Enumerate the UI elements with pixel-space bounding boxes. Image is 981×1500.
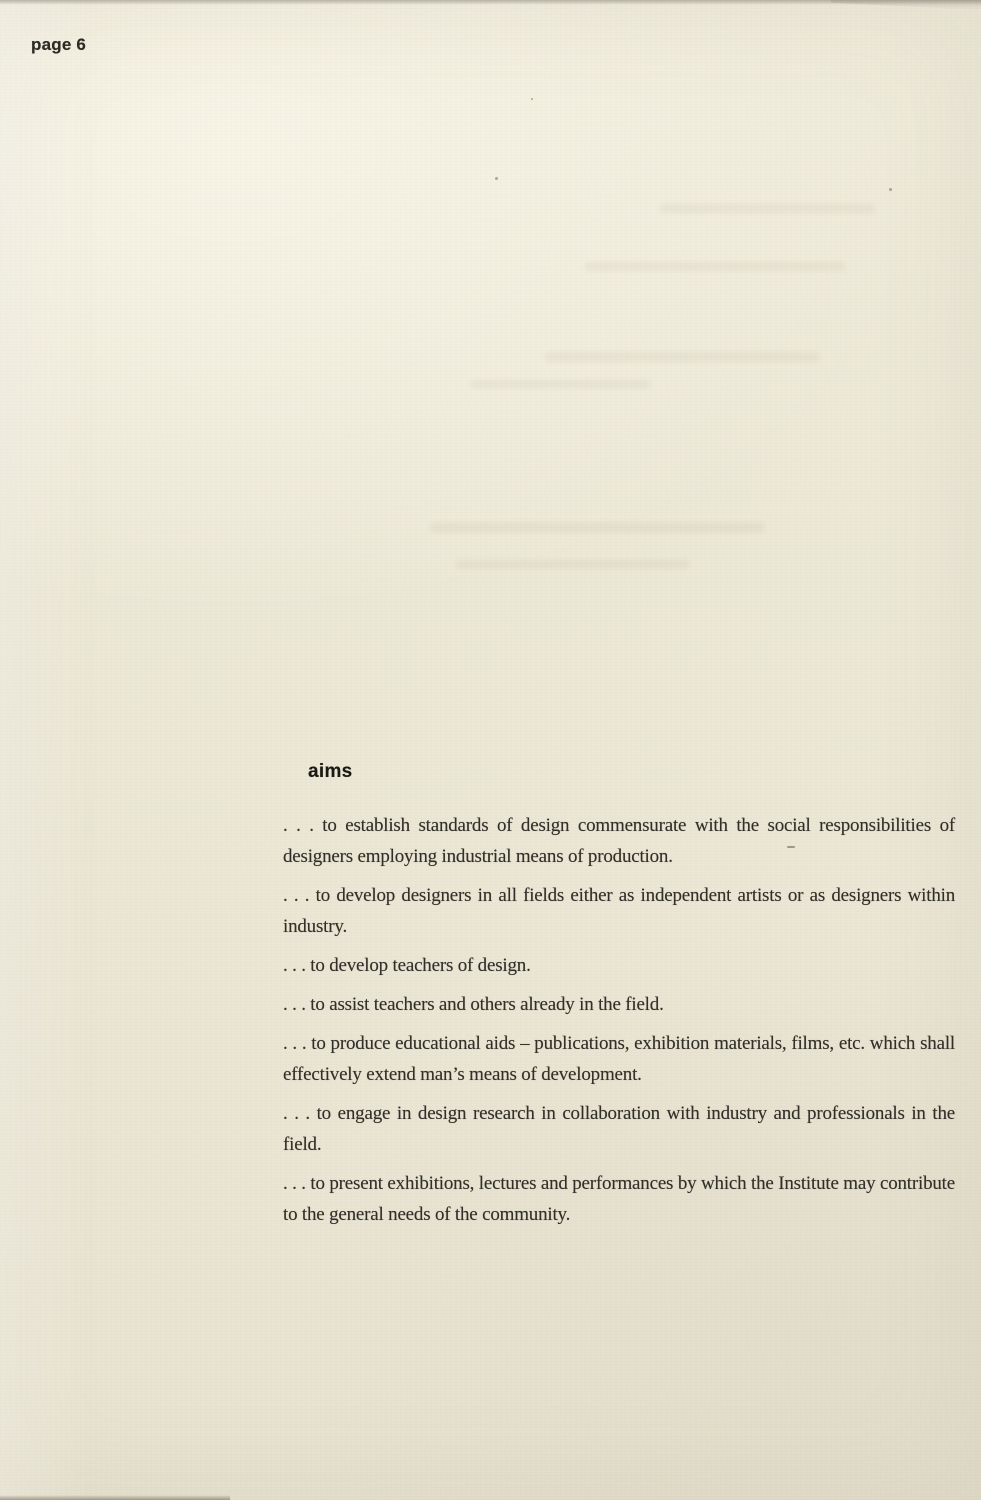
aim-paragraph: . . . to engage in design research in co… — [283, 1098, 955, 1160]
paper-grain-texture — [0, 0, 981, 1500]
paper-speck — [889, 188, 892, 191]
section-heading: aims — [308, 762, 955, 782]
bleed-through-smudge — [545, 352, 820, 362]
bleed-through-smudge — [585, 262, 845, 271]
paper-speck — [495, 177, 498, 180]
aim-paragraph: . . . to develop designers in all fields… — [283, 880, 955, 942]
aims-section: aims . . . to establish standards of des… — [283, 762, 955, 1238]
paper-bottom-left-edge — [0, 1495, 230, 1500]
paper-speck — [531, 98, 533, 100]
aim-paragraph: . . . to develop teachers of design. — [283, 950, 955, 981]
bleed-through-smudge — [430, 522, 765, 533]
page-number-label: page 6 — [31, 35, 86, 55]
aim-paragraph: . . . to assist teachers and others alre… — [283, 989, 955, 1020]
aim-paragraph: . . . to establish standards of design c… — [283, 810, 955, 872]
aim-paragraph: . . . to present exhibitions, lectures a… — [283, 1168, 955, 1230]
paper-left-sheen — [0, 0, 90, 1500]
bleed-through-smudge — [660, 204, 875, 213]
aim-paragraph: . . . to produce educational aids – publ… — [283, 1028, 955, 1090]
bleed-through-smudge — [455, 560, 690, 569]
scanned-page: page 6 aims . . . to establish standards… — [0, 0, 981, 1500]
bleed-through-smudge — [470, 380, 650, 388]
paper-top-right-edge — [831, 0, 981, 10]
